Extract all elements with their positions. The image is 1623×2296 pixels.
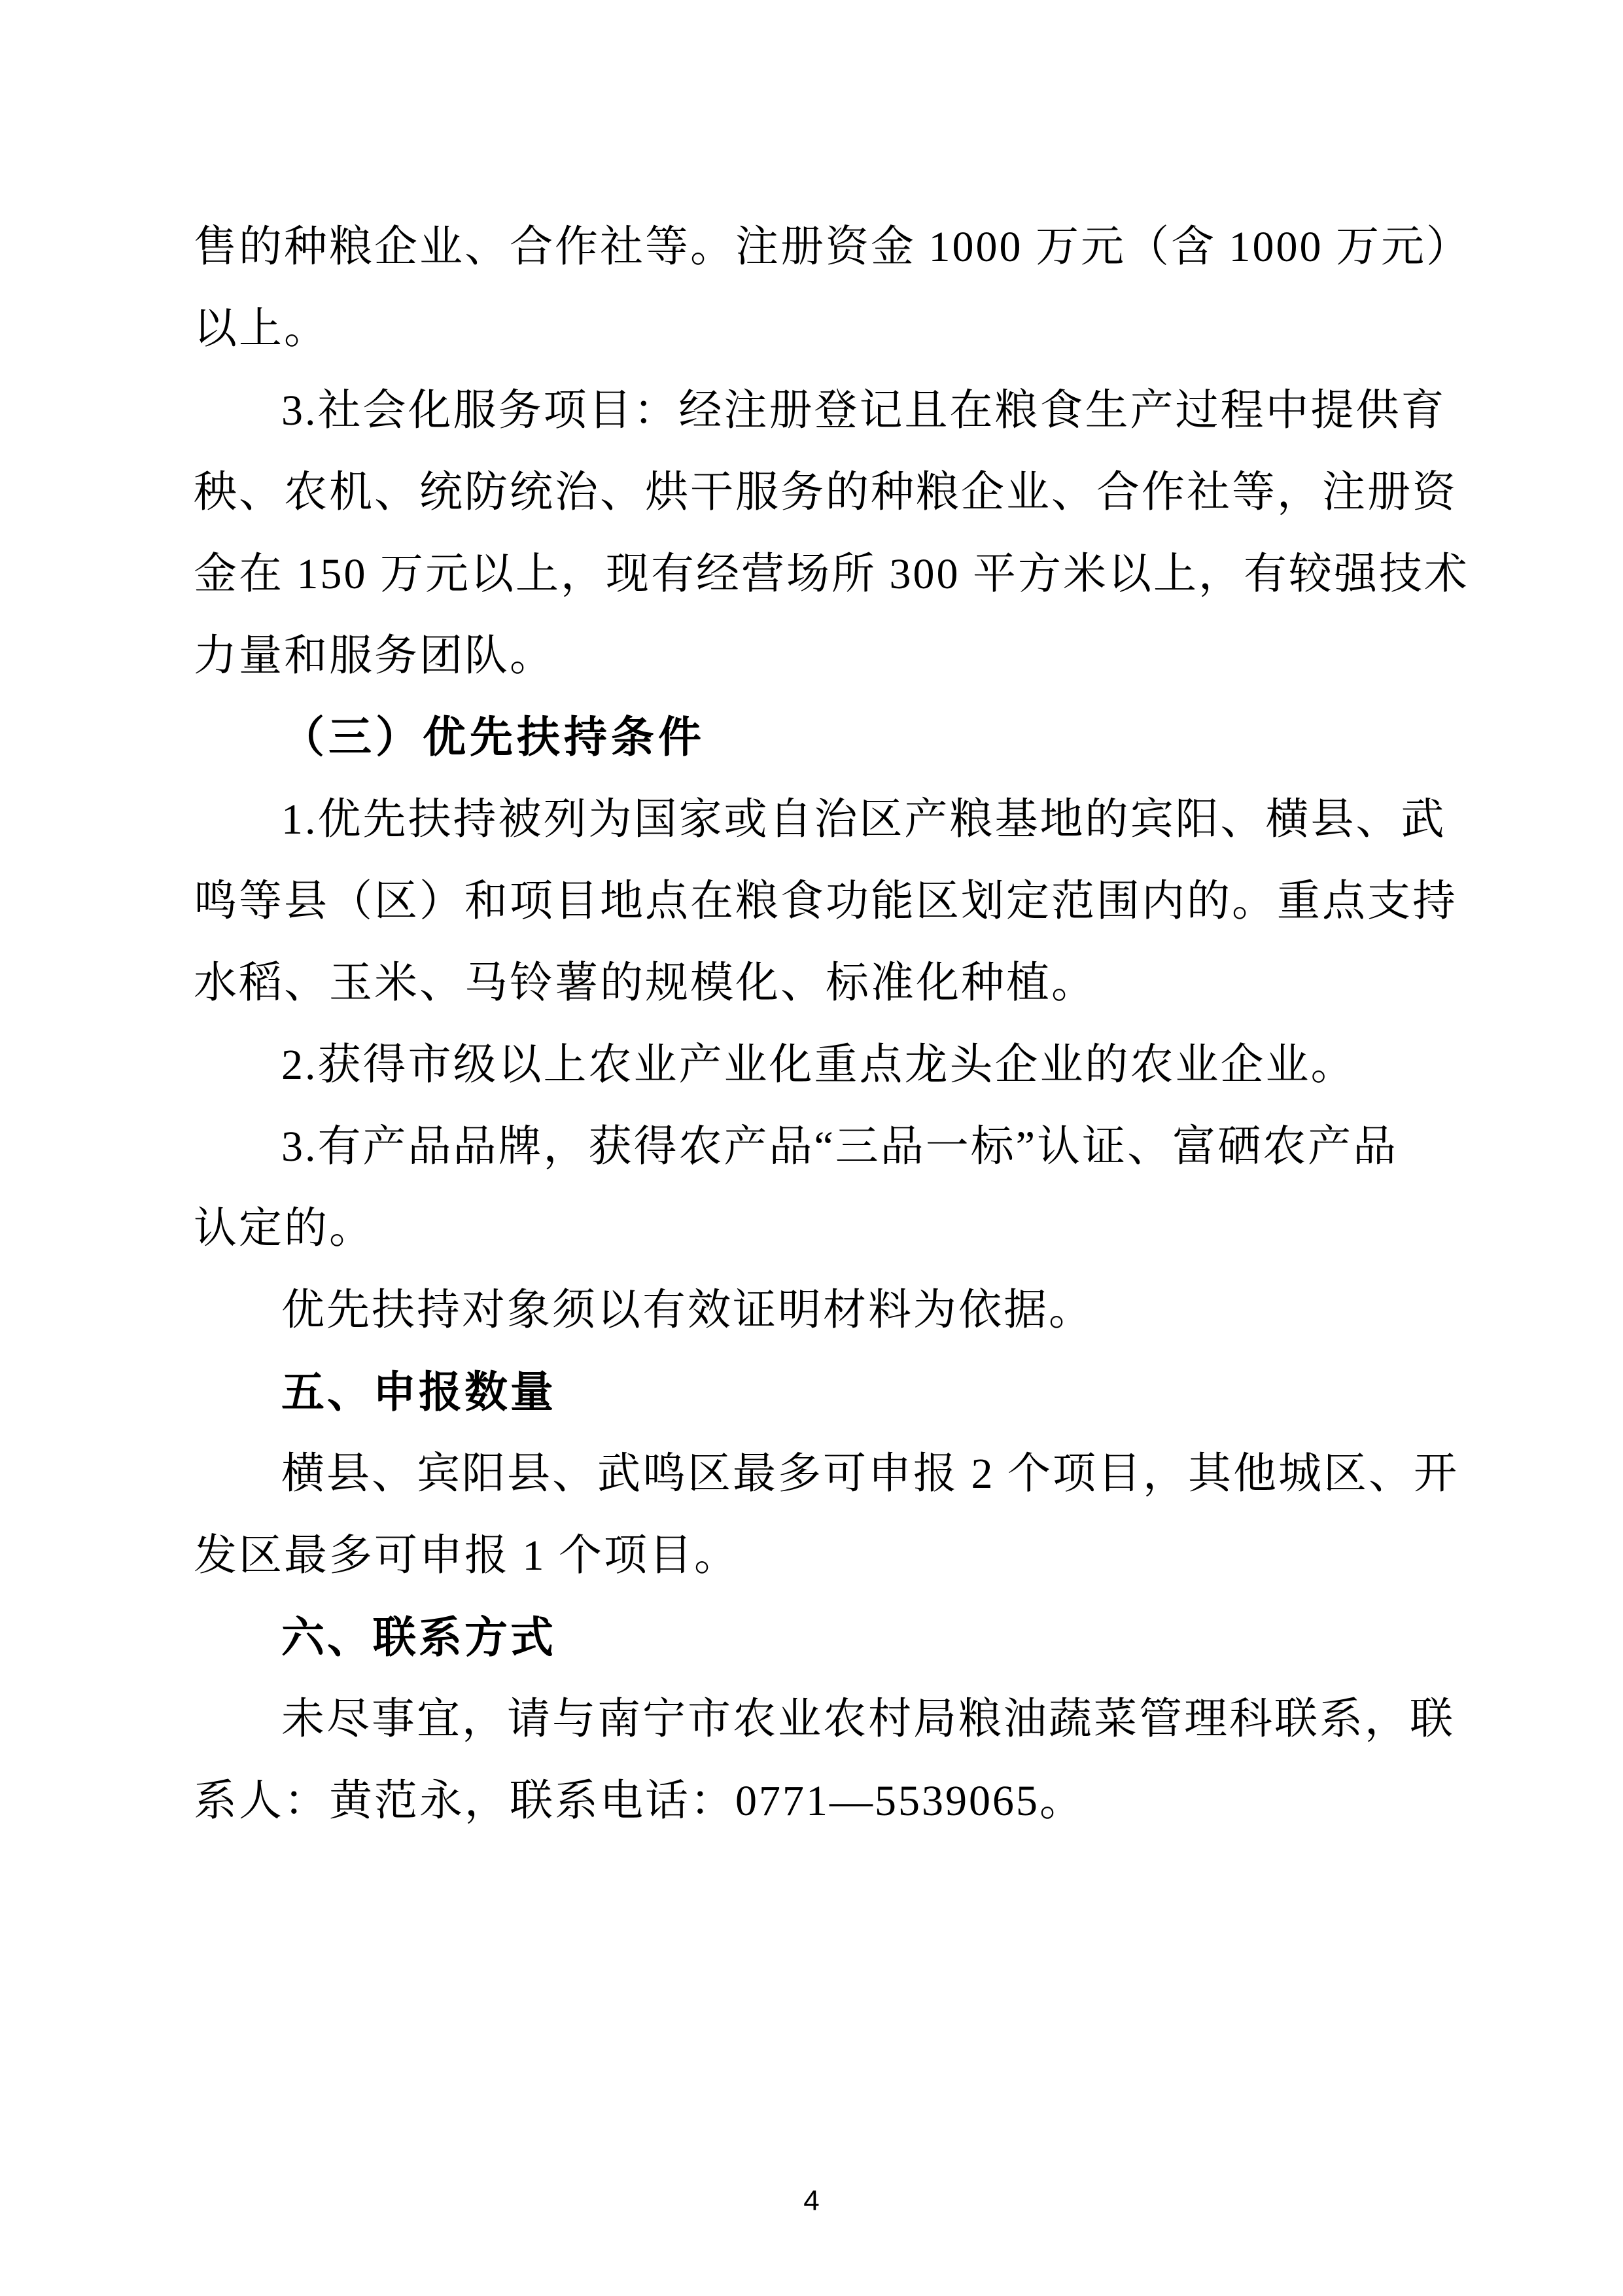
text-line: 售的种粮企业、合作社等。注册资金 1000 万元（含 1000 万元） (194, 206, 1418, 288)
section-heading: 五、申报数量 (194, 1351, 1418, 1433)
section-heading: （三）优先扶持条件 (194, 697, 1418, 779)
text-line: 发区最多可申报 1 个项目。 (194, 1515, 1418, 1597)
document-body: 售的种粮企业、合作社等。注册资金 1000 万元（含 1000 万元）以上。3.… (194, 206, 1418, 1842)
document-page: 售的种粮企业、合作社等。注册资金 1000 万元（含 1000 万元）以上。3.… (0, 0, 1623, 2296)
text-line: 系人：黄范永，联系电话：0771—5539065。 (194, 1760, 1418, 1842)
text-line: 1.优先扶持被列为国家或自治区产粮基地的宾阳、横县、武 (194, 779, 1418, 860)
text-line: 以上。 (194, 288, 1418, 370)
text-line: 3.社会化服务项目：经注册登记且在粮食生产过程中提供育 (194, 370, 1418, 451)
text-line: 未尽事宜，请与南宁市农业农村局粮油蔬菜管理科联系，联 (194, 1678, 1418, 1760)
page-number: 4 (0, 2184, 1623, 2218)
text-line: 鸣等县（区）和项目地点在粮食功能区划定范围内的。重点支持 (194, 860, 1418, 942)
text-line: 力量和服务团队。 (194, 615, 1418, 697)
text-line: 横县、宾阳县、武鸣区最多可申报 2 个项目，其他城区、开 (194, 1433, 1418, 1515)
text-line: 优先扶持对象须以有效证明材料为依据。 (194, 1269, 1418, 1351)
text-line: 金在 150 万元以上，现有经营场所 300 平方米以上，有较强技术 (194, 533, 1418, 615)
text-line: 认定的。 (194, 1188, 1418, 1269)
text-line: 2.获得市级以上农业产业化重点龙头企业的农业企业。 (194, 1024, 1418, 1106)
text-line: 水稻、玉米、马铃薯的规模化、标准化种植。 (194, 942, 1418, 1024)
text-line: 秧、农机、统防统治、烘干服务的种粮企业、合作社等，注册资 (194, 451, 1418, 533)
text-line: 3.有产品品牌，获得农产品“三品一标”认证、富硒农产品 (194, 1106, 1418, 1188)
section-heading: 六、联系方式 (194, 1597, 1418, 1678)
